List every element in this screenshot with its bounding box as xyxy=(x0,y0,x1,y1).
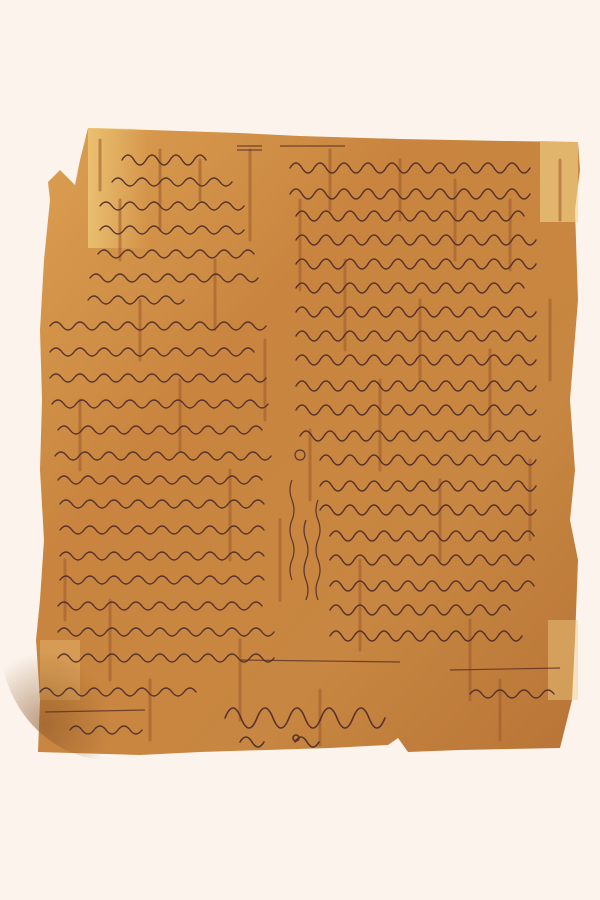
manuscript-photo xyxy=(0,0,600,900)
birch-bark-sheet xyxy=(0,0,600,900)
